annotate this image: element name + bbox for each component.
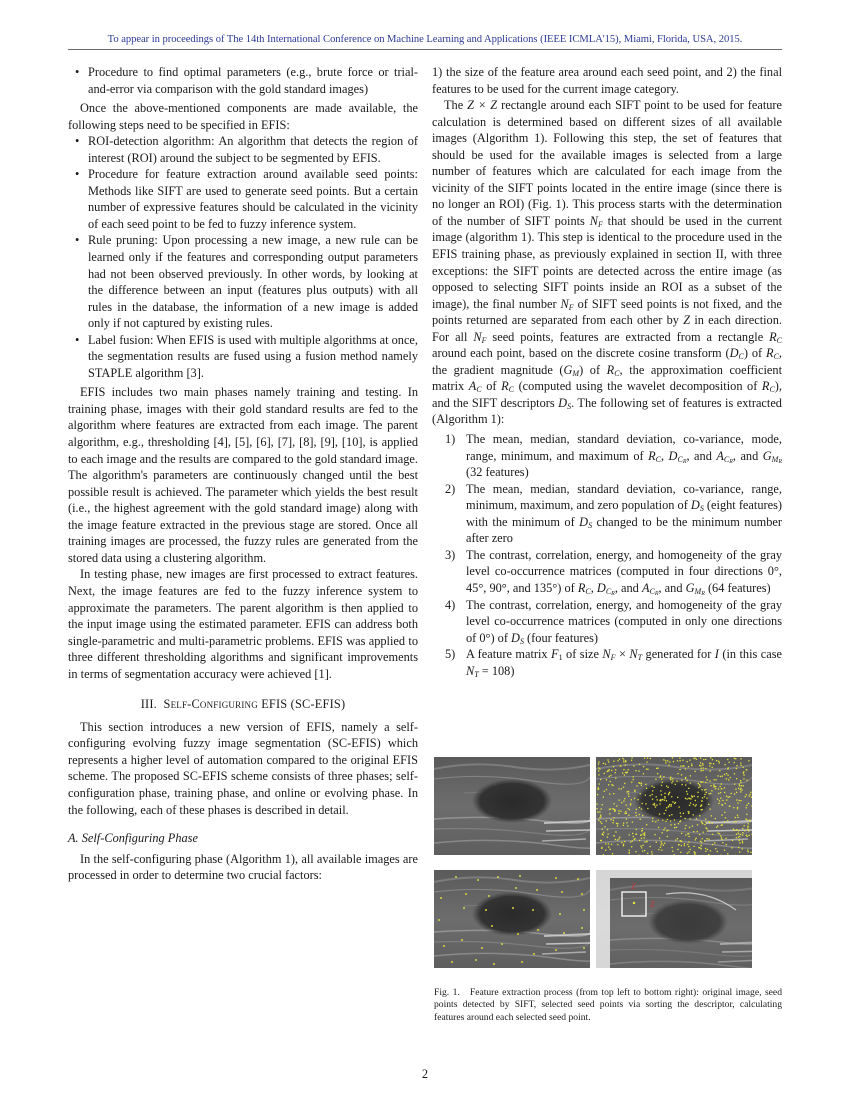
bullet-item: •Procedure to find optimal parameters (e… — [68, 64, 418, 97]
feature-list: 1)The mean, median, standard deviation, … — [432, 431, 782, 679]
figure-panel-selected-seed-points — [434, 870, 590, 968]
figure-panel-feature-window: Z Z — [596, 870, 752, 968]
paragraph-training: EFIS includes two main phases namely tra… — [68, 384, 418, 566]
figure-label: Fig. 1. — [434, 987, 460, 998]
section-title: Self-Configuring EFIS (SC-EFIS) — [164, 697, 346, 711]
bullet-icon: • — [75, 64, 79, 81]
paragraph-continued: 1) the size of the feature area around e… — [432, 64, 782, 97]
bullet-item: •Procedure for feature extraction around… — [68, 166, 418, 232]
figure-1: Z Z — [434, 757, 750, 969]
ultrasound-image-with-selected-points — [434, 870, 590, 968]
running-header: To appear in proceedings of The 14th Int… — [68, 34, 782, 45]
paragraph-section-intro: This section introduces a new version of… — [68, 719, 418, 818]
bullet-item: •Label fusion: When EFIS is used with mu… — [68, 332, 418, 382]
page-number: 2 — [0, 1067, 850, 1082]
paragraph-main: The Z × Z rectangle around each SIFT poi… — [432, 97, 782, 428]
paragraph-steps: Once the above-mentioned components are … — [68, 100, 418, 133]
feature-item-5: 5)A feature matrix F1 of size NF × NT ge… — [432, 646, 782, 679]
right-column: 1) the size of the feature area around e… — [432, 64, 782, 679]
caption-text: Feature extraction process (from top lef… — [434, 987, 782, 1023]
bullet-icon: • — [75, 232, 79, 249]
section-number: III. — [141, 697, 157, 711]
bullet-list-steps: •ROI-detection algorithm: An algorithm t… — [68, 133, 418, 381]
left-column: •Procedure to find optimal parameters (e… — [68, 64, 418, 884]
bullet-item: •Rule pruning: Upon processing a new ima… — [68, 232, 418, 331]
bullet-icon: • — [75, 133, 79, 150]
feature-item-4: 4)The contrast, correlation, energy, and… — [432, 597, 782, 647]
ultrasound-image-with-feature-window: Z Z — [596, 870, 752, 968]
paragraph-subsection: In the self-configuring phase (Algorithm… — [68, 851, 418, 884]
subsection-heading: A. Self-Configuring Phase — [68, 830, 418, 847]
window-size-label-side: Z — [650, 900, 655, 909]
feature-item-2: 2)The mean, median, standard deviation, … — [432, 481, 782, 547]
bullet-list-top: •Procedure to find optimal parameters (e… — [68, 64, 418, 97]
window-size-label-top: Z — [631, 882, 636, 891]
feature-item-3: 3)The contrast, correlation, energy, and… — [432, 547, 782, 597]
ultrasound-image-with-sift-points — [596, 757, 752, 855]
figure-panel-original-image — [434, 757, 590, 855]
header-rule — [68, 49, 782, 50]
feature-item-1: 1)The mean, median, standard deviation, … — [432, 431, 782, 481]
bullet-item: •ROI-detection algorithm: An algorithm t… — [68, 133, 418, 166]
figure-panel-sift-seed-points — [596, 757, 752, 855]
figure-caption: Fig. 1.Feature extraction process (from … — [434, 987, 782, 1024]
bullet-icon: • — [75, 166, 79, 183]
section-heading: III. Self-Configuring EFIS (SC-EFIS) — [68, 696, 418, 713]
paragraph-testing: In testing phase, new images are first p… — [68, 566, 418, 682]
bullet-icon: • — [75, 332, 79, 349]
ultrasound-image — [434, 757, 590, 855]
